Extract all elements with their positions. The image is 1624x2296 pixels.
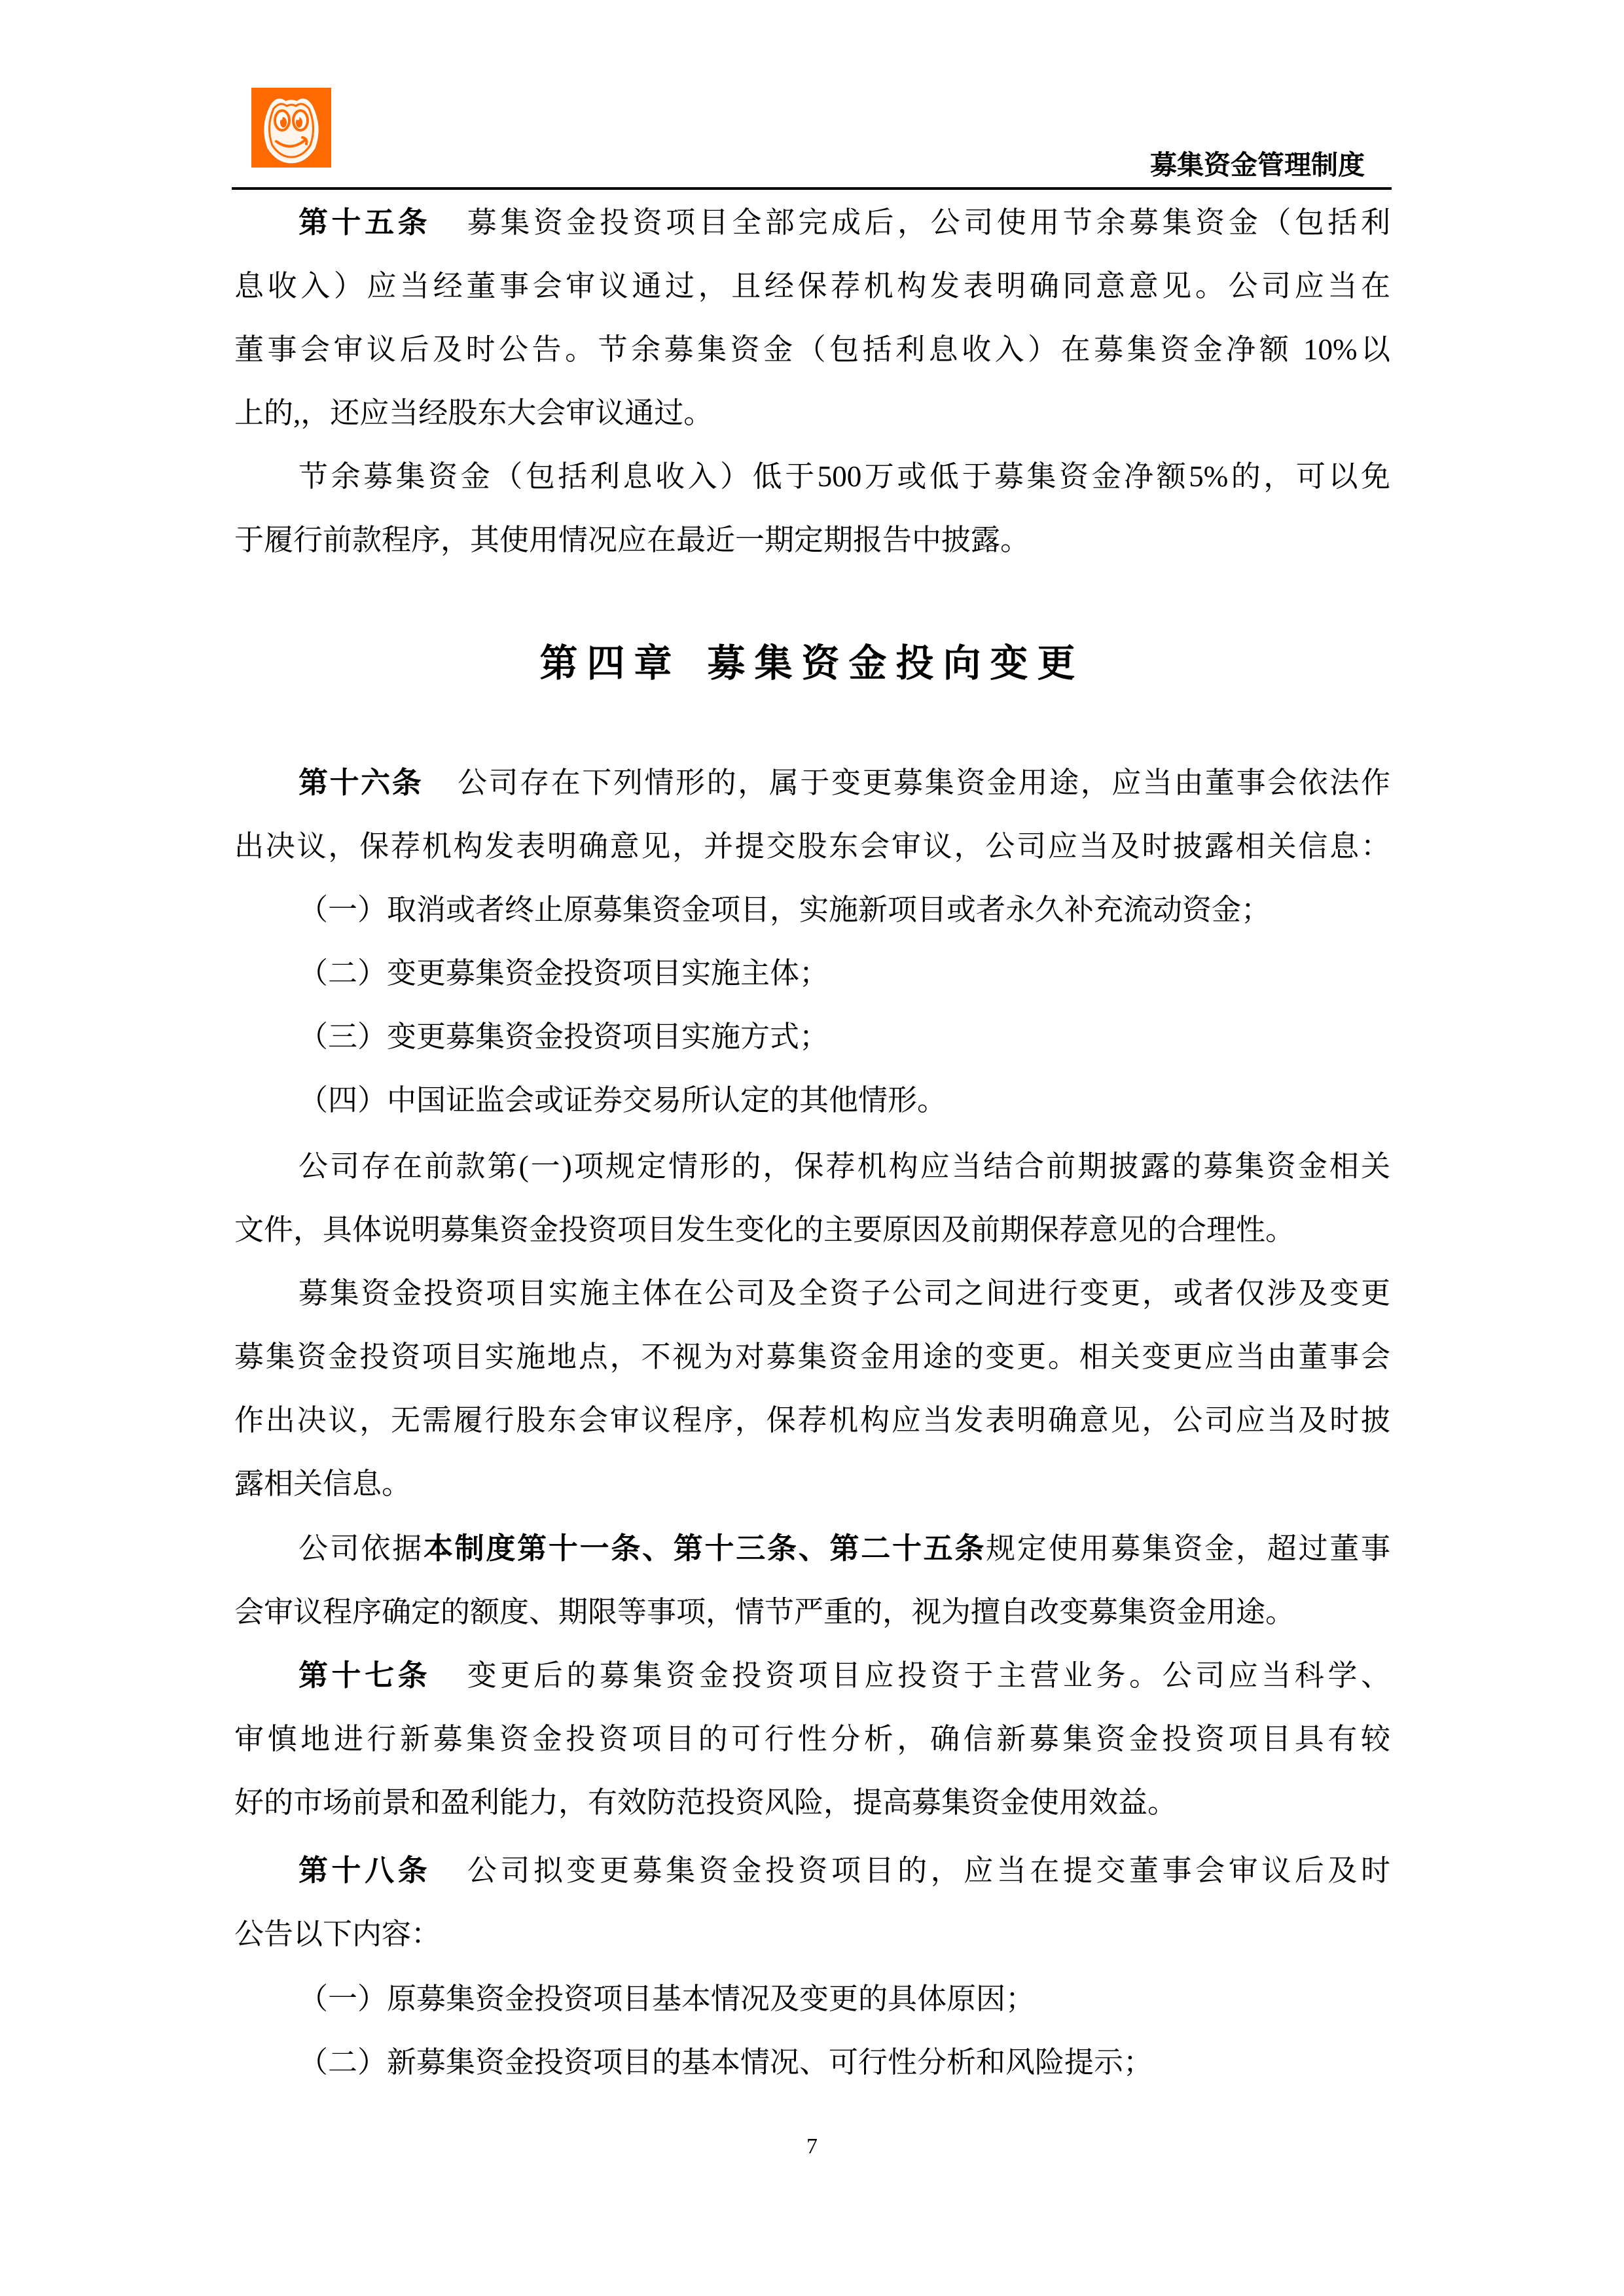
para4-prefix: 公司依据 — [298, 1532, 424, 1565]
chapter-title: 募集资金投向变更 — [708, 641, 1085, 685]
article-18-item-1: （一）原募集资金投资项目基本情况及变更的具体原因； — [298, 1967, 1390, 2031]
smiley-face-logo-icon — [251, 88, 331, 168]
article-18-item-2: （二）新募集资金投资项目的基本情况、可行性分析和风险提示； — [298, 2031, 1390, 2094]
article-16-para3-line-1: 募集资金投资项目实施主体在公司及全资子公司之间进行变更，或者仅涉及变更 — [298, 1262, 1390, 1325]
header-divider — [232, 187, 1392, 190]
para4-suffix: 规定使用募集资金，超过董事 — [986, 1532, 1390, 1565]
article-16-para3-line-4: 露相关信息。 — [234, 1452, 1390, 1516]
article-17-text: 变更后的募集资金投资项目应投资于主营业务。公司应当科学、 — [463, 1659, 1390, 1692]
article-15-para2-line-1: 节余募集资金（包括利息收入）低于500万或低于募集资金净额5%的，可以免 — [298, 445, 1390, 509]
article-17-line-1: 第十七条变更后的募集资金投资项目应投资于主营业务。公司应当科学、 — [298, 1644, 1390, 1708]
article-16-para3-line-3: 作出决议，无需履行股东会审议程序，保荐机构应当发表明确意见，公司应当及时披 — [234, 1389, 1390, 1452]
article-16-text: 公司存在下列情形的，属于变更募集资金用途，应当由董事会依法作 — [456, 766, 1390, 799]
article-17-label: 第十七条 — [298, 1659, 431, 1692]
article-18-text: 公司拟变更募集资金投资项目的，应当在提交董事会审议后及时 — [463, 1854, 1390, 1887]
document-page: 募集资金管理制度 第十五条募集资金投资项目全部完成后，公司使用节余募集资金（包括… — [0, 0, 1624, 2296]
article-15-label: 第十五条 — [298, 206, 431, 239]
article-16-label: 第十六条 — [298, 766, 423, 799]
article-15-para2-line-2: 于履行前款程序，其使用情况应在最近一期定期报告中披露。 — [234, 509, 1390, 572]
article-16-para4-line-2: 会审议程序确定的额度、期限等事项，情节严重的，视为擅自改变募集资金用途。 — [234, 1581, 1390, 1644]
article-18-line-2: 公告以下内容： — [234, 1903, 1390, 1966]
article-16-item-3: （三）变更募集资金投资项目实施方式； — [298, 1005, 1390, 1069]
article-17-line-2: 审慎地进行新募集资金投资项目的可行性分析，确信新募集资金投资项目具有较 — [234, 1708, 1390, 1771]
article-15-line-1: 第十五条募集资金投资项目全部完成后，公司使用节余募集资金（包括利 — [298, 191, 1390, 255]
page-number: 7 — [0, 2132, 1624, 2161]
article-16-item-1: （一）取消或者终止原募集资金项目，实施新项目或者永久补充流动资金； — [298, 878, 1390, 942]
article-17-line-3: 好的市场前景和盈利能力，有效防范投资风险，提高募集资金使用效益。 — [234, 1771, 1390, 1835]
article-16-para2-line-1: 公司存在前款第(一)项规定情形的，保荐机构应当结合前期披露的募集资金相关 — [298, 1135, 1390, 1198]
article-cross-reference: 本制度第十一条、第十三条、第二十五条 — [424, 1532, 986, 1565]
article-16-line-2: 出决议，保荐机构发表明确意见，并提交股东会审议，公司应当及时披露相关信息： — [234, 815, 1390, 878]
document-header-title: 募集资金管理制度 — [1150, 147, 1365, 183]
article-18-label: 第十八条 — [298, 1854, 431, 1887]
article-16-para2-line-2: 文件，具体说明募集资金投资项目发生变化的主要原因及前期保荐意见的合理性。 — [234, 1198, 1390, 1262]
article-15-line-3: 董事会审议后及时公告。节余募集资金（包括利息收入）在募集资金净额 10%以 — [234, 318, 1390, 382]
article-15-line-4: 上的,，还应当经股东大会审议通过。 — [234, 382, 1390, 445]
article-16-para4-line-1: 公司依据本制度第十一条、第十三条、第二十五条规定使用募集资金，超过董事 — [298, 1517, 1390, 1581]
article-16-line-1: 第十六条公司存在下列情形的，属于变更募集资金用途，应当由董事会依法作 — [298, 751, 1390, 815]
article-16-item-4: （四）中国证监会或证券交易所认定的其他情形。 — [298, 1069, 1390, 1132]
article-15-line-2: 息收入）应当经董事会审议通过，且经保荐机构发表明确同意意见。公司应当在 — [234, 255, 1390, 318]
article-15-text: 募集资金投资项目全部完成后，公司使用节余募集资金（包括利 — [463, 206, 1390, 239]
chapter-number: 第四章 — [539, 641, 681, 685]
article-16-item-2: （二）变更募集资金投资项目实施主体； — [298, 942, 1390, 1005]
article-16-para3-line-2: 募集资金投资项目实施地点，不视为对募集资金用途的变更。相关变更应当由董事会 — [234, 1325, 1390, 1389]
chapter-heading: 第四章募集资金投向变更 — [0, 638, 1624, 688]
article-18-line-1: 第十八条公司拟变更募集资金投资项目的，应当在提交董事会审议后及时 — [298, 1839, 1390, 1903]
